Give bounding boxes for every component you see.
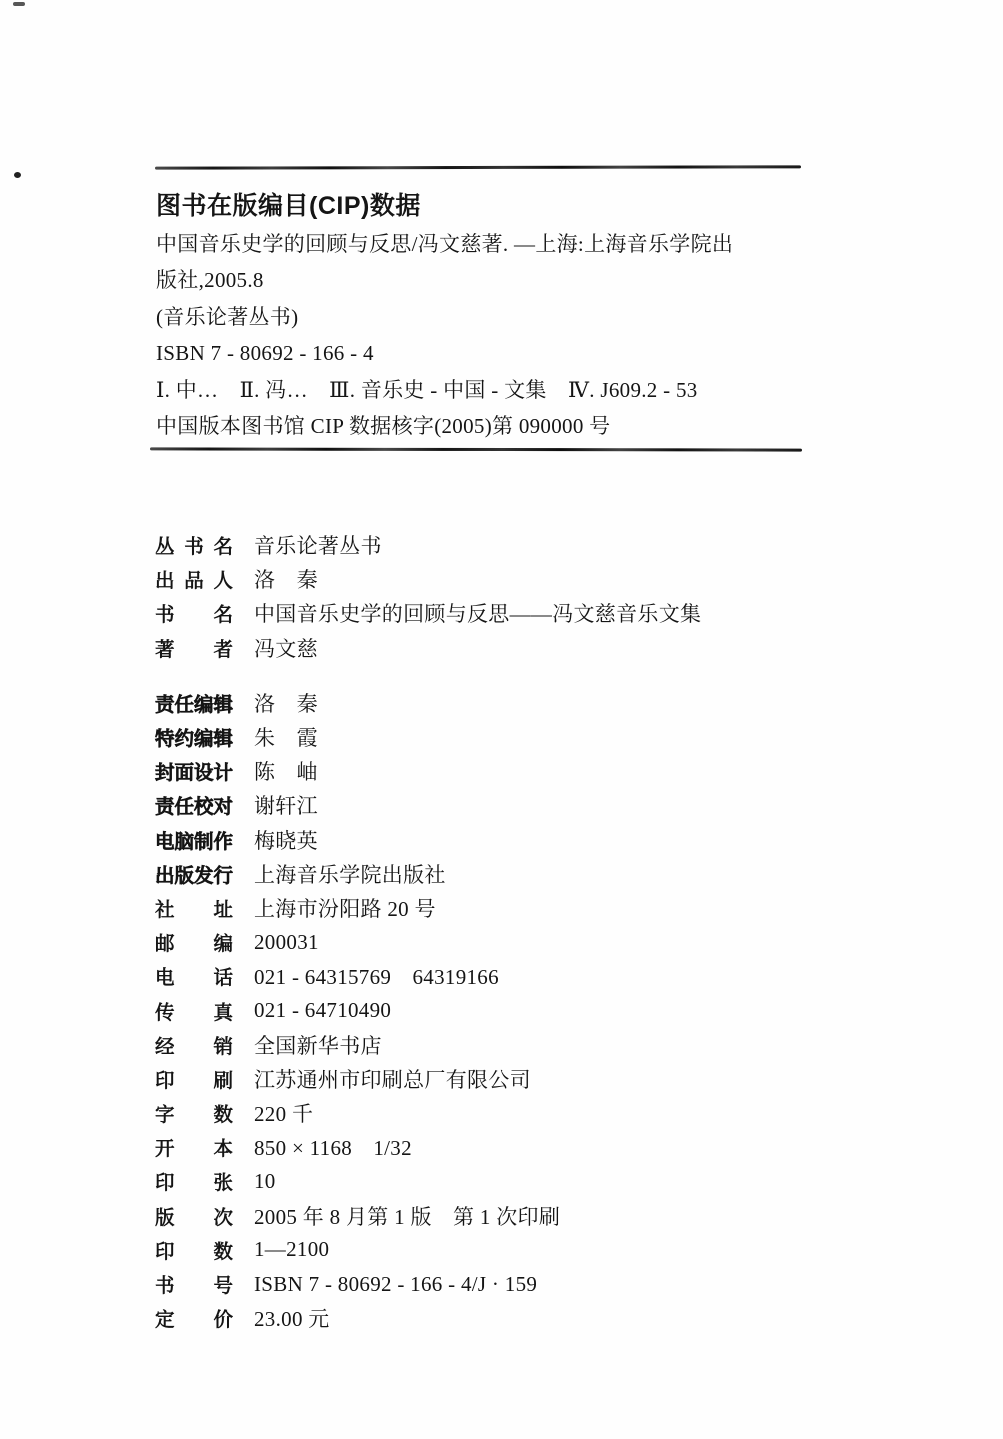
colophon-row: 印刷江苏通州市印刷总厂有限公司 — [155, 1062, 875, 1096]
field-value: 10 — [254, 1169, 276, 1194]
field-value: 朱 霞 — [254, 722, 318, 752]
field-value: 2005 年 8 月第 1 版 第 1 次印刷 — [254, 1201, 560, 1231]
field-label: 印刷 — [155, 1065, 233, 1093]
field-label: 定价 — [155, 1304, 233, 1332]
cip-heading: 图书在版编目(CIP)数据 — [156, 186, 856, 226]
field-value: 1—2100 — [254, 1237, 329, 1262]
colophon-row: 传真021 - 64710490 — [155, 993, 875, 1027]
field-value: 谢轩江 — [254, 790, 318, 820]
field-label: 出版发行 — [155, 860, 233, 888]
field-label: 社址 — [155, 894, 233, 922]
field-value: 陈 岫 — [254, 756, 318, 786]
field-label: 书名 — [155, 599, 233, 627]
field-value: 中国音乐史学的回顾与反思——冯文慈音乐文集 — [254, 598, 701, 628]
field-label: 丛书名 — [155, 531, 233, 559]
top-divider-rule — [155, 165, 801, 169]
colophon-row: 邮编200031 — [155, 925, 875, 959]
field-value: 洛 秦 — [254, 564, 318, 594]
cip-block: 图书在版编目(CIP)数据 中国音乐史学的回顾与反思/冯文慈著. —上海:上海音… — [156, 186, 856, 444]
field-value: 江苏通州市印刷总厂有限公司 — [254, 1064, 531, 1094]
field-label: 邮编 — [155, 928, 233, 956]
field-label: 版次 — [155, 1202, 233, 1230]
field-value: ISBN 7 - 80692 - 166 - 4/J · 159 — [254, 1272, 537, 1297]
field-label: 经销 — [155, 1031, 233, 1059]
field-value: 冯文慈 — [254, 633, 318, 663]
field-value: 上海市汾阳路 20 号 — [254, 893, 436, 923]
field-value: 音乐论著丛书 — [254, 530, 382, 560]
colophon-group: 丛书名音乐论著丛书出品人洛 秦书名中国音乐史学的回顾与反思——冯文慈音乐文集著者… — [155, 528, 875, 665]
colophon-row: 出版发行上海音乐学院出版社 — [155, 857, 875, 891]
colophon-row: 印数1—2100 — [155, 1233, 875, 1267]
colophon-row: 印张10 — [155, 1164, 875, 1198]
field-value: 850 × 1168 1/32 — [254, 1132, 412, 1162]
field-value: 洛 秦 — [254, 688, 318, 718]
colophon-row: 电脑制作梅晓英 — [155, 823, 875, 857]
colophon-row: 丛书名音乐论著丛书 — [155, 528, 875, 562]
colophon-row: 开本850 × 1168 1/32 — [155, 1130, 875, 1164]
colophon-row: 封面设计陈 岫 — [155, 754, 875, 788]
colophon-row: 字数220 千 — [155, 1096, 875, 1130]
colophon-row: 定价23.00 元 — [155, 1301, 875, 1335]
scan-artifact-dot — [14, 172, 21, 178]
field-label: 责任编辑 — [155, 689, 233, 717]
cip-line: 版社,2005.8 — [156, 262, 856, 298]
colophon-row: 书号ISBN 7 - 80692 - 166 - 4/J · 159 — [155, 1267, 875, 1301]
field-label: 电话 — [155, 962, 233, 990]
field-value: 021 - 64315769 64319166 — [254, 961, 499, 991]
scan-artifact-mark — [13, 2, 25, 6]
colophon-group: 责任编辑洛 秦特约编辑朱 霞封面设计陈 岫责任校对谢轩江电脑制作梅晓英出版发行上… — [155, 686, 875, 1336]
field-label: 责任校对 — [155, 791, 233, 819]
colophon-row: 出品人洛 秦 — [155, 562, 875, 596]
field-value: 200031 — [254, 930, 319, 955]
field-value: 上海音乐学院出版社 — [254, 859, 446, 889]
field-value: 全国新华书店 — [254, 1030, 382, 1060]
field-label: 出品人 — [155, 565, 233, 593]
field-value: 220 千 — [254, 1098, 313, 1128]
field-value: 梅晓英 — [254, 825, 318, 855]
colophon-list: 丛书名音乐论著丛书出品人洛 秦书名中国音乐史学的回顾与反思——冯文慈音乐文集著者… — [155, 528, 875, 1335]
colophon-row: 版次2005 年 8 月第 1 版 第 1 次印刷 — [155, 1199, 875, 1233]
cip-line: 中国版本图书馆 CIP 数据核字(2005)第 090000 号 — [156, 408, 856, 444]
field-label: 印数 — [155, 1236, 233, 1264]
field-label: 印张 — [155, 1167, 233, 1195]
colophon-row: 电话021 - 64315769 64319166 — [155, 959, 875, 993]
book-copyright-page: 图书在版编目(CIP)数据 中国音乐史学的回顾与反思/冯文慈著. —上海:上海音… — [0, 0, 1003, 1439]
field-label: 传真 — [155, 997, 233, 1025]
colophon-row: 著者冯文慈 — [155, 631, 875, 665]
cip-line: Ⅰ. 中… Ⅱ. 冯… Ⅲ. 音乐史 - 中国 - 文集 Ⅳ. J609.2 -… — [156, 372, 856, 408]
field-value: 23.00 元 — [254, 1303, 330, 1333]
cip-lines: 中国音乐史学的回顾与反思/冯文慈著. —上海:上海音乐学院出版社,2005.8(… — [156, 226, 856, 444]
field-label: 字数 — [155, 1099, 233, 1127]
colophon-row: 责任编辑洛 秦 — [155, 686, 875, 720]
field-value: 021 - 64710490 — [254, 998, 391, 1023]
colophon-row: 经销全国新华书店 — [155, 1028, 875, 1062]
colophon-row: 特约编辑朱 霞 — [155, 720, 875, 754]
cip-line: (音乐论著丛书) — [156, 299, 856, 335]
field-label: 封面设计 — [155, 757, 233, 785]
field-label: 特约编辑 — [155, 723, 233, 751]
field-label: 著者 — [155, 634, 233, 662]
colophon-row: 责任校对谢轩江 — [155, 788, 875, 822]
field-label: 开本 — [155, 1133, 233, 1161]
bottom-divider-rule — [150, 447, 802, 451]
field-label: 电脑制作 — [155, 826, 233, 854]
colophon-row: 书名中国音乐史学的回顾与反思——冯文慈音乐文集 — [155, 596, 875, 630]
field-label: 书号 — [155, 1270, 233, 1298]
cip-line: 中国音乐史学的回顾与反思/冯文慈著. —上海:上海音乐学院出 — [156, 226, 856, 262]
colophon-row: 社址上海市汾阳路 20 号 — [155, 891, 875, 925]
cip-line: ISBN 7 - 80692 - 166 - 4 — [156, 335, 856, 371]
